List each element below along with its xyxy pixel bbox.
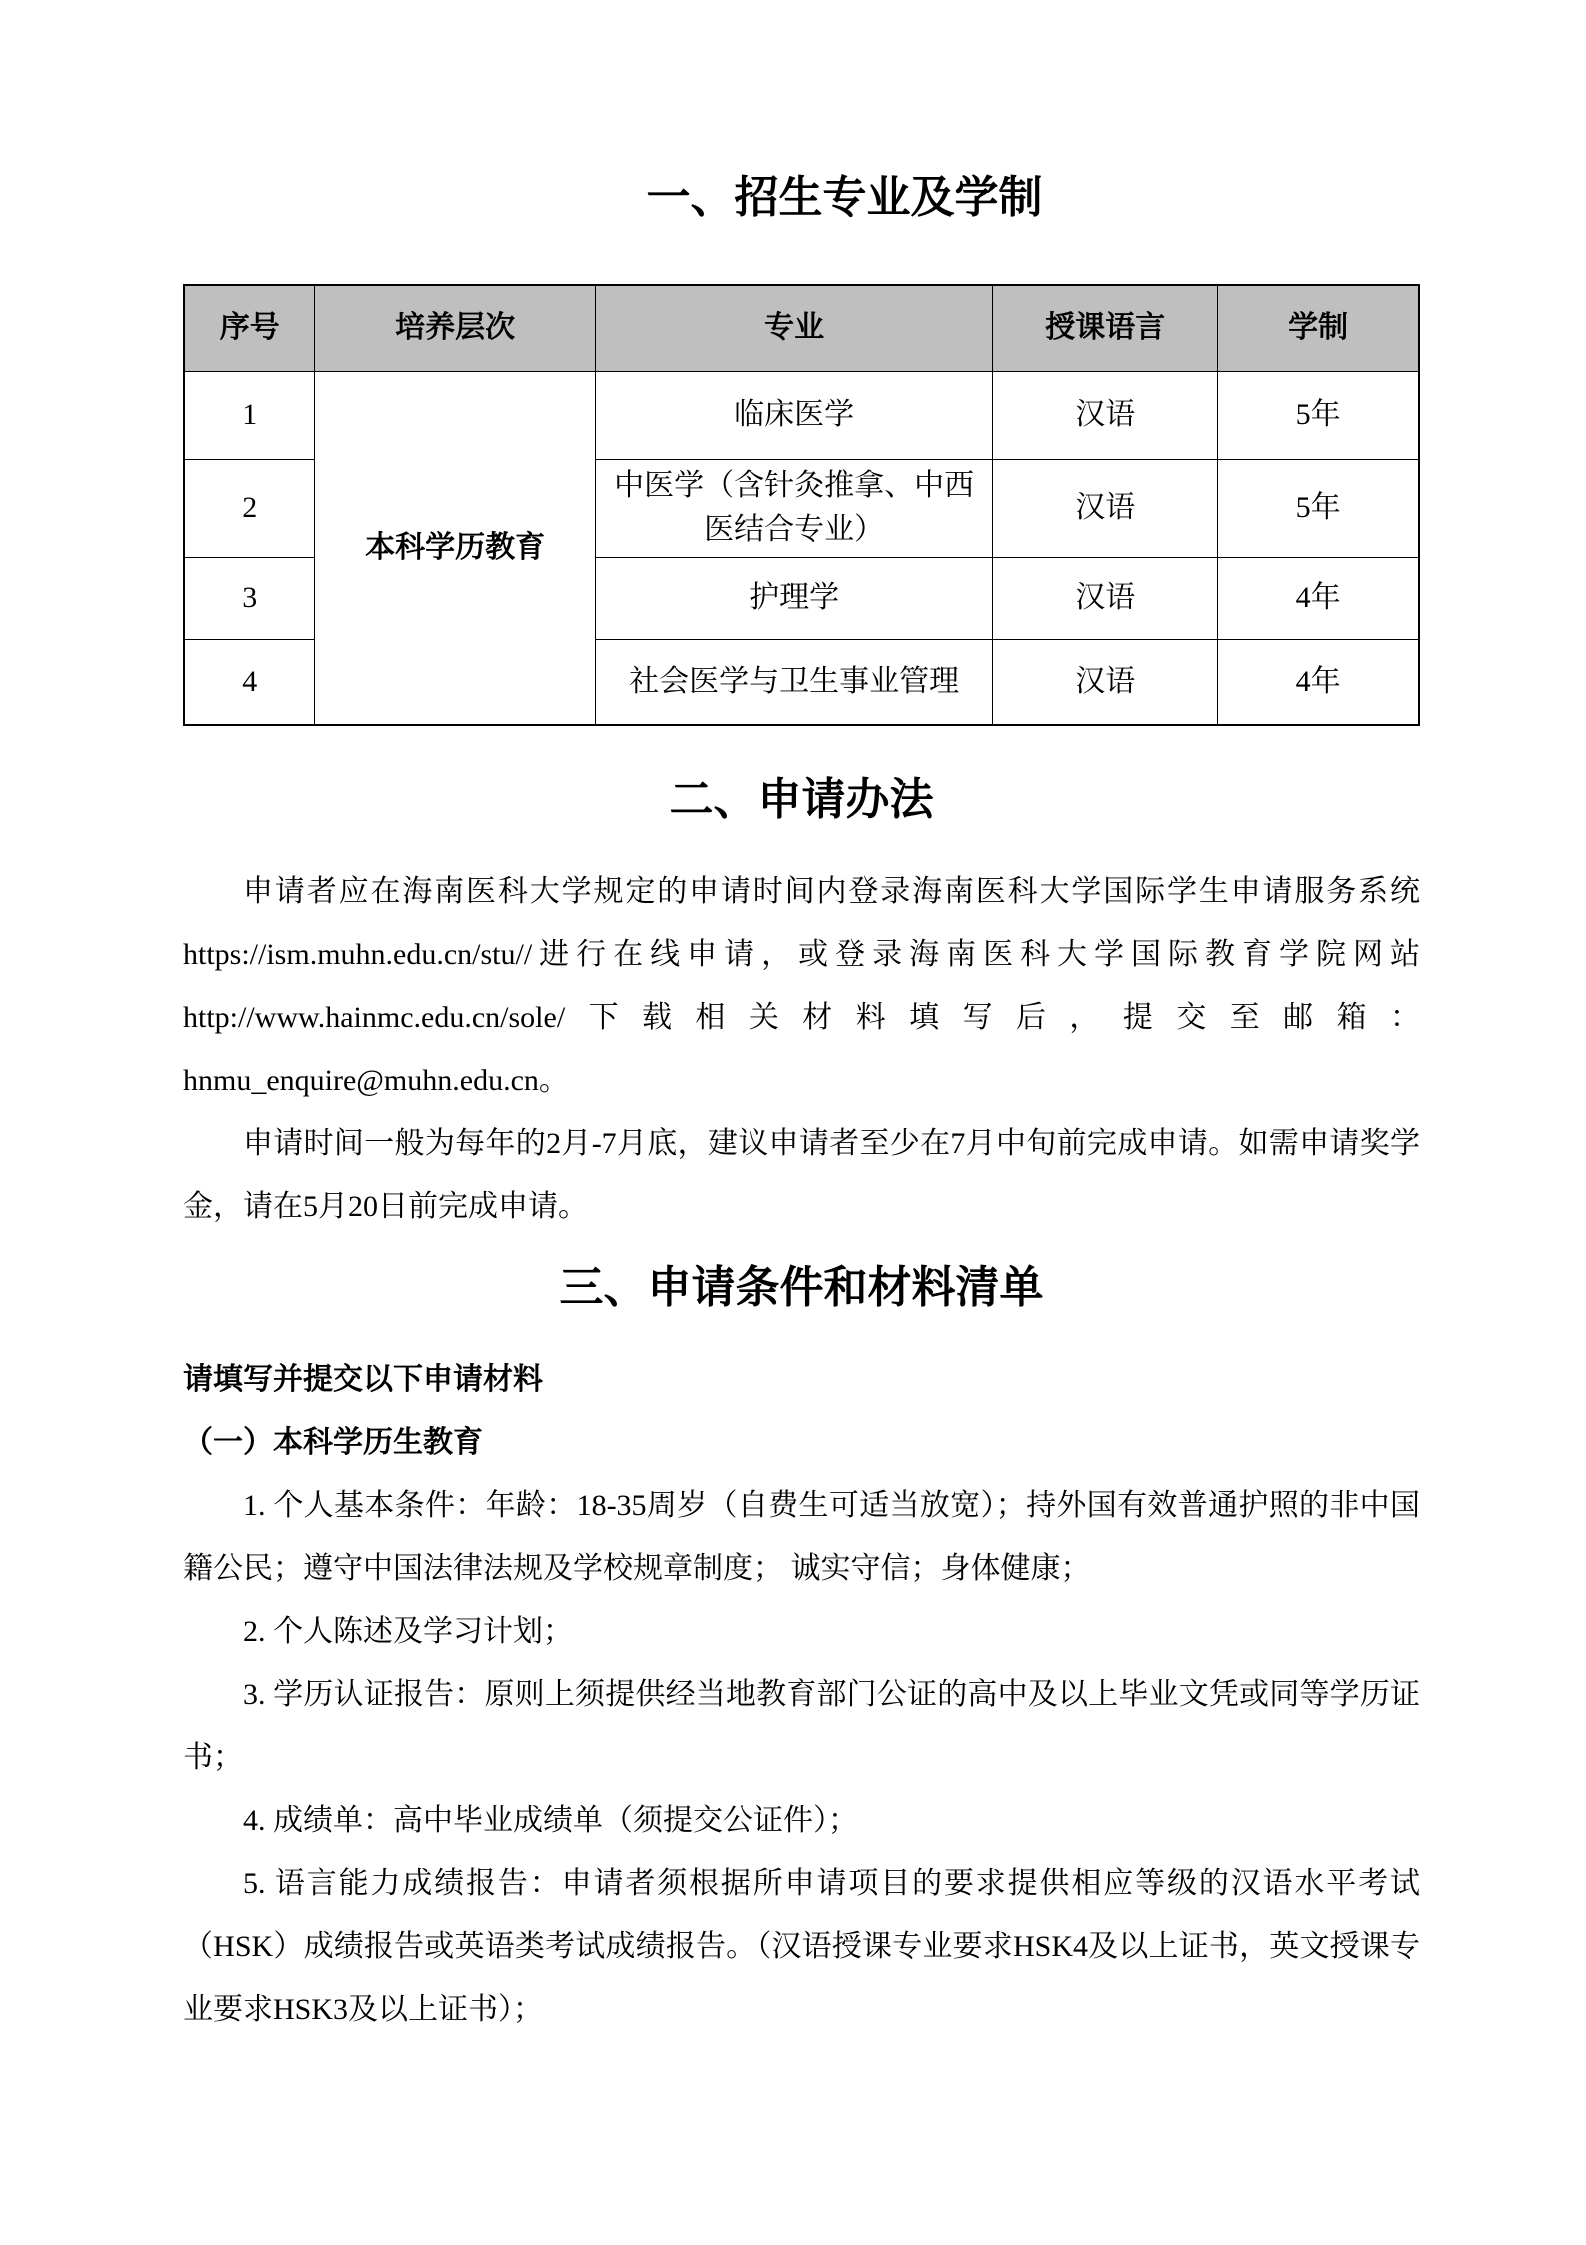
cell-education-level: 本科学历教育: [315, 371, 595, 725]
majors-table: 序号 培养层次 专业 授课语言 学制 1 本科学历教育 临床医学 汉语 5年 2: [183, 284, 1420, 726]
table-header-row: 序号 培养层次 专业 授课语言 学制: [184, 285, 1419, 371]
section3-title: 三、申请条件和材料清单: [183, 1258, 1420, 1318]
requirement-item-2: 2. 个人陈述及学习计划；: [183, 1600, 1420, 1663]
cell-language: 汉语: [993, 639, 1218, 725]
cell-duration: 4年: [1218, 557, 1419, 639]
document-content: 一、招生专业及学制 序号 培养层次 专业 授课语言 学制: [0, 168, 1586, 2041]
cell-duration: 5年: [1218, 371, 1419, 459]
col-header-major: 专业: [595, 285, 993, 371]
col-header-language: 授课语言: [993, 285, 1218, 371]
col-header-duration: 学制: [1218, 285, 1419, 371]
cell-major: 护理学: [595, 557, 993, 639]
requirement-item-5: 5. 语言能力成绩报告：申请者须根据所申请项目的要求提供相应等级的汉语水平考试（…: [183, 1852, 1420, 2041]
section2-title: 二、申请办法: [183, 770, 1420, 830]
section2-body: 申请者应在海南医科大学规定的申请时间内登录海南医科大学国际学生申请服务系统htt…: [183, 860, 1420, 1238]
application-method-paragraph-1: 申请者应在海南医科大学规定的申请时间内登录海南医科大学国际学生申请服务系统htt…: [183, 860, 1420, 1112]
requirement-item-4: 4. 成绩单：高中毕业成绩单（须提交公证件）；: [183, 1789, 1420, 1852]
requirement-item-1: 1. 个人基本条件：年龄：18-35周岁（自费生可适当放宽）；持外国有效普通护照…: [183, 1474, 1420, 1600]
cell-duration: 5年: [1218, 459, 1419, 557]
section3-body: 请填写并提交以下申请材料 （一）本科学历生教育 1. 个人基本条件：年龄：18-…: [183, 1348, 1420, 2041]
cell-major: 临床医学: [595, 371, 993, 459]
subsection-undergraduate-title: （一）本科学历生教育: [183, 1411, 1420, 1474]
document-page: 一、招生专业及学制 序号 培养层次 专业 授课语言 学制: [0, 0, 1586, 2245]
cell-language: 汉语: [993, 371, 1218, 459]
cell-language: 汉语: [993, 557, 1218, 639]
requirement-item-3: 3. 学历认证报告：原则上须提供经当地教育部门公证的高中及以上毕业文凭或同等学历…: [183, 1663, 1420, 1789]
col-header-no: 序号: [184, 285, 315, 371]
table-row: 1 本科学历教育 临床医学 汉语 5年: [184, 371, 1419, 459]
cell-no: 4: [184, 639, 315, 725]
materials-intro: 请填写并提交以下申请材料: [183, 1348, 1420, 1411]
col-header-level: 培养层次: [315, 285, 595, 371]
cell-major: 中医学（含针灸推拿、中西医结合专业）: [595, 459, 993, 557]
cell-major: 社会医学与卫生事业管理: [595, 639, 993, 725]
application-method-paragraph-2: 申请时间一般为每年的2月-7月底，建议申请者至少在7月中旬前完成申请。如需申请奖…: [183, 1112, 1420, 1238]
cell-no: 3: [184, 557, 315, 639]
cell-no: 2: [184, 459, 315, 557]
cell-no: 1: [184, 371, 315, 459]
section1-title: 一、招生专业及学制: [183, 168, 1420, 228]
cell-language: 汉语: [993, 459, 1218, 557]
cell-duration: 4年: [1218, 639, 1419, 725]
